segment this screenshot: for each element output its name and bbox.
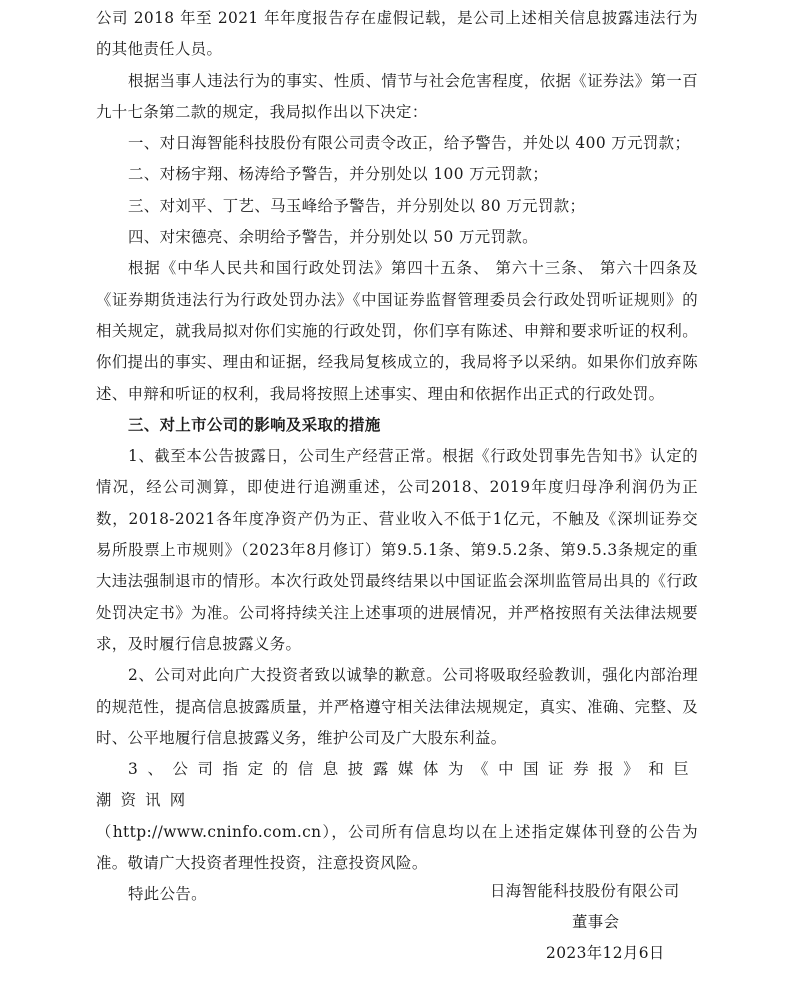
paragraph-legal-basis: 根据当事人违法行为的事实、性质、情节与社会危害程度，依据《证券法》第一百九十七条… [96, 66, 698, 129]
decision-item-2: 二、对杨宇翔、杨涛给予警告，并分别处以 100 万元罚款； [96, 159, 698, 190]
signature-board: 董事会 [572, 907, 619, 938]
measure-item-1: 1、截至本公告披露日，公司生产经营正常。根据《行政处罚事先告知书》认定的情况，经… [96, 441, 698, 660]
document-page: 公司 2018 年至 2021 年年度报告存在虚假记载，是公司上述相关信息披露违… [96, 3, 698, 911]
measure-item-3-line1: 3、公司指定的信息披露媒体为《中国证券报》和巨潮资讯网 [96, 754, 698, 817]
measure-item-2: 2、公司对此向广大投资者致以诚挚的歉意。公司将吸取经验教训，强化内部治理的规范性… [96, 660, 698, 754]
decision-item-4: 四、对宋德亮、余明给予警告，并分别处以 50 万元罚款。 [96, 222, 698, 253]
paragraph-liability: 公司 2018 年至 2021 年年度报告存在虚假记载，是公司上述相关信息披露违… [96, 3, 698, 66]
paragraph-rights-notice: 根据《中华人民共和国行政处罚法》第四十五条、 第六十三条、 第六十四条及《证券期… [96, 253, 698, 409]
signature-date: 2023年12月6日 [546, 938, 665, 969]
decision-item-3: 三、对刘平、丁艺、马玉峰给予警告，并分别处以 80 万元罚款； [96, 191, 698, 222]
decision-item-1: 一、对日海智能科技股份有限公司责令改正，给予警告，并处以 400 万元罚款； [96, 128, 698, 159]
section-heading: 三、对上市公司的影响及采取的措施 [96, 410, 698, 441]
signature-company: 日海智能科技股份有限公司 [490, 876, 680, 907]
measure-item-3-rest: （http://www.cninfo.com.cn），公司所有信息均以在上述指定… [96, 817, 698, 880]
